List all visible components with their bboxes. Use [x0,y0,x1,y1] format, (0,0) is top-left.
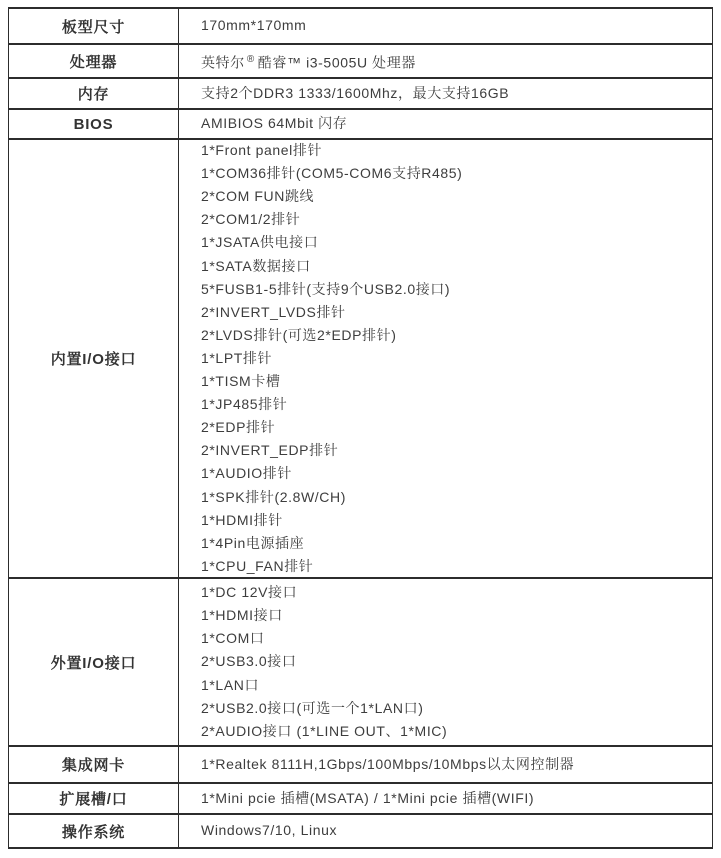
spec-row-memory: 内存 支持2个DDR3 1333/1600Mhz，最大支持16GB [9,79,712,110]
spec-line: 2*COM1/2排针 [201,208,712,231]
spec-value-text: AMIBIOS 64Mbit 闪存 [201,112,712,135]
spec-line: 2*USB3.0接口 [201,650,712,673]
spec-line: 2*EDP排针 [201,416,712,439]
spec-value-board-size: 170mm*170mm [179,9,712,43]
spec-line: 1*TISM卡槽 [201,370,712,393]
spec-label-lan: 集成网卡 [9,747,179,782]
spec-line: 1*4Pin电源插座 [201,532,712,555]
spec-label-internal-io: 内置I/O接口 [9,140,179,577]
spec-line: 1*COM36排针(COM5-COM6支持R485) [201,162,712,185]
spec-line: 1*Front panel排针 [201,139,712,162]
spec-table: 板型尺寸 170mm*170mm 处理器 英特尔®酷睿™ i3-5005U 处理… [8,7,713,849]
spec-value-internal-io: 1*Front panel排针 1*COM36排针(COM5-COM6支持R48… [179,140,712,577]
cpu-model: 酷睿™ i3-5005U 处理器 [258,54,416,70]
spec-value-os: Windows7/10, Linux [179,815,712,847]
spec-value-text: Windows7/10, Linux [201,819,712,842]
spec-line: 1*HDMI接口 [201,604,712,627]
spec-value-memory: 支持2个DDR3 1333/1600Mhz，最大支持16GB [179,79,712,108]
spec-line: 1*CPU_FAN排针 [201,555,712,578]
spec-value-text: 170mm*170mm [201,14,712,37]
spec-line: 1*COM口 [201,627,712,650]
spec-line: 2*INVERT_EDP排针 [201,439,712,462]
spec-line: 1*HDMI排针 [201,509,712,532]
spec-line: 1*LPT排针 [201,347,712,370]
spec-line: 1*JSATA供电接口 [201,231,712,254]
spec-line: 2*LVDS排针(可选2*EDP排针) [201,324,712,347]
cpu-brand: 英特尔 [201,54,245,70]
registered-mark: ® [247,54,255,65]
spec-row-bios: BIOS AMIBIOS 64Mbit 闪存 [9,110,712,140]
spec-label-memory: 内存 [9,79,179,108]
spec-line: 1*AUDIO排针 [201,462,712,485]
spec-line: 1*DC 12V接口 [201,581,712,604]
spec-label-board-size: 板型尺寸 [9,9,179,43]
spec-value-expansion: 1*Mini pcie 插槽(MSATA) / 1*Mini pcie 插槽(W… [179,784,712,813]
spec-line: 2*COM FUN跳线 [201,185,712,208]
spec-line: 5*FUSB1-5排针(支持9个USB2.0接口) [201,278,712,301]
spec-row-board-size: 板型尺寸 170mm*170mm [9,9,712,45]
spec-line: 2*USB2.0接口(可选一个1*LAN口) [201,697,712,720]
spec-row-internal-io: 内置I/O接口 1*Front panel排针 1*COM36排针(COM5-C… [9,140,712,579]
spec-value-lan: 1*Realtek 8111H,1Gbps/100Mbps/10Mbps以太网控… [179,747,712,782]
spec-line: 2*AUDIO接口 (1*LINE OUT、1*MIC) [201,720,712,743]
spec-value-text: 英特尔®酷睿™ i3-5005U 处理器 [201,48,712,75]
spec-value-external-io: 1*DC 12V接口 1*HDMI接口 1*COM口 2*USB3.0接口 1*… [179,579,712,745]
spec-value-bios: AMIBIOS 64Mbit 闪存 [179,110,712,138]
spec-value-cpu: 英特尔®酷睿™ i3-5005U 处理器 [179,45,712,77]
spec-row-cpu: 处理器 英特尔®酷睿™ i3-5005U 处理器 [9,45,712,79]
spec-label-bios: BIOS [9,110,179,138]
spec-row-external-io: 外置I/O接口 1*DC 12V接口 1*HDMI接口 1*COM口 2*USB… [9,579,712,747]
spec-value-text: 1*Realtek 8111H,1Gbps/100Mbps/10Mbps以太网控… [201,753,712,776]
spec-line: 1*SPK排针(2.8W/CH) [201,486,712,509]
spec-line: 1*LAN口 [201,674,712,697]
spec-line: 1*SATA数据接口 [201,255,712,278]
spec-value-text: 1*Mini pcie 插槽(MSATA) / 1*Mini pcie 插槽(W… [201,787,712,810]
spec-row-os: 操作系统 Windows7/10, Linux [9,815,712,847]
spec-row-lan: 集成网卡 1*Realtek 8111H,1Gbps/100Mbps/10Mbp… [9,747,712,784]
spec-line: 2*INVERT_LVDS排针 [201,301,712,324]
spec-label-external-io: 外置I/O接口 [9,579,179,745]
spec-label-expansion: 扩展槽/口 [9,784,179,813]
spec-value-text: 支持2个DDR3 1333/1600Mhz，最大支持16GB [201,82,712,105]
spec-row-expansion: 扩展槽/口 1*Mini pcie 插槽(MSATA) / 1*Mini pci… [9,784,712,815]
spec-line: 1*JP485排针 [201,393,712,416]
spec-label-cpu: 处理器 [9,45,179,77]
spec-label-os: 操作系统 [9,815,179,847]
